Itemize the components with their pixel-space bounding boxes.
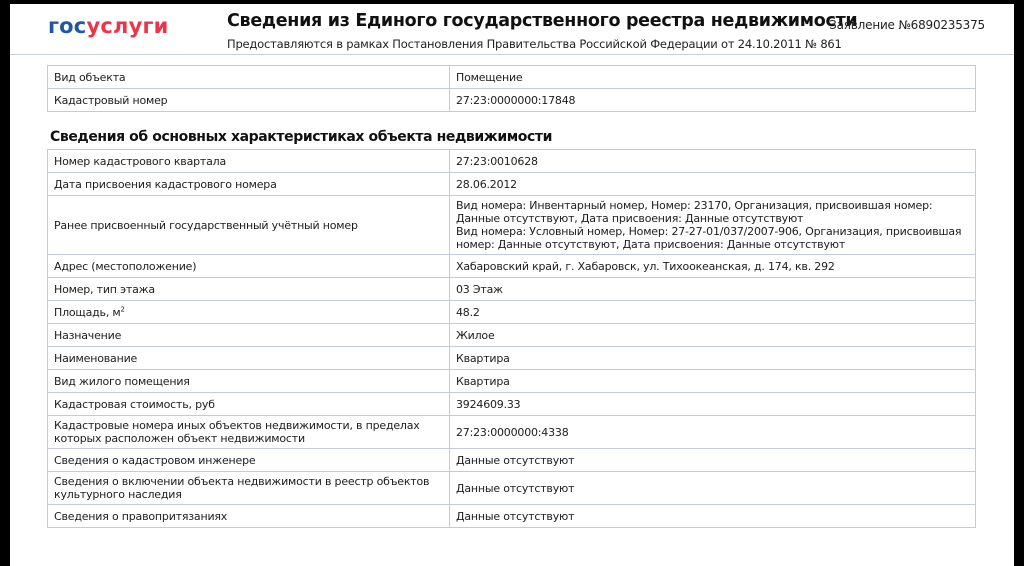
row-value: 03 Этаж (450, 278, 976, 301)
gosuslugi-logo: госуслуги (48, 14, 169, 38)
object-table: Вид объекта Помещение Кадастровый номер … (47, 65, 976, 112)
row-value: Данные отсутствуют (450, 449, 976, 472)
row-label: Кадастровая стоимость, руб (48, 393, 450, 416)
row-label: Кадастровые номера иных объектов недвижи… (48, 416, 450, 449)
row-label: Кадастровый номер (48, 89, 450, 112)
row-label: Назначение (48, 324, 450, 347)
row-label: Сведения о включении объекта недвижимост… (48, 472, 450, 505)
section-title: Сведения об основных характеристиках объ… (50, 129, 552, 145)
table-row: Номер кадастрового квартала 27:23:001062… (48, 150, 976, 173)
row-value: Данные отсутствуют (450, 472, 976, 505)
table-row: Ранее присвоенный государственный учётны… (48, 196, 976, 255)
table-row: Сведения о включении объекта недвижимост… (48, 472, 976, 505)
area-label-text: Площадь, м (54, 306, 121, 319)
row-value: Помещение (450, 66, 976, 89)
previous-number-line: Вид номера: Инвентарный номер, Номер: 23… (456, 199, 969, 225)
characteristics-table: Номер кадастрового квартала 27:23:001062… (47, 149, 976, 528)
row-value: Хабаровский край, г. Хабаровск, ул. Тихо… (450, 255, 976, 278)
row-label: Сведения о правопритязаниях (48, 505, 450, 528)
logo-part-uslugi: услуги (86, 14, 168, 38)
previous-number-line: Вид номера: Условный номер, Номер: 27-27… (456, 225, 969, 251)
row-value: 28.06.2012 (450, 173, 976, 196)
row-label: Наименование (48, 347, 450, 370)
row-value: Вид номера: Инвентарный номер, Номер: 23… (450, 196, 976, 255)
row-label: Номер кадастрового квартала (48, 150, 450, 173)
row-label: Адрес (местоположение) (48, 255, 450, 278)
table-row: Кадастровые номера иных объектов недвижи… (48, 416, 976, 449)
row-label: Номер, тип этажа (48, 278, 450, 301)
row-label: Площадь, м2 (48, 301, 450, 324)
document-header: госуслуги Сведения из Единого государств… (10, 4, 1014, 55)
table-row: Дата присвоения кадастрового номера 28.0… (48, 173, 976, 196)
row-value: 27:23:0000000:17848 (450, 89, 976, 112)
table-row: Наименование Квартира (48, 347, 976, 370)
logo-part-gos: гос (48, 14, 86, 38)
table-row: Кадастровый номер 27:23:0000000:17848 (48, 89, 976, 112)
table-row: Адрес (местоположение) Хабаровский край,… (48, 255, 976, 278)
table-row: Вид объекта Помещение (48, 66, 976, 89)
table-row: Номер, тип этажа 03 Этаж (48, 278, 976, 301)
document-subtitle: Предоставляются в рамках Постановления П… (227, 37, 842, 51)
table-row: Назначение Жилое (48, 324, 976, 347)
row-value: 48.2 (450, 301, 976, 324)
area-label-superscript: 2 (121, 305, 125, 313)
row-value: 27:23:0010628 (450, 150, 976, 173)
row-value: Квартира (450, 370, 976, 393)
table-row: Вид жилого помещения Квартира (48, 370, 976, 393)
table-row: Площадь, м2 48.2 (48, 301, 976, 324)
document-title: Сведения из Единого государственного рее… (227, 11, 857, 31)
table-row: Кадастровая стоимость, руб 3924609.33 (48, 393, 976, 416)
row-label: Вид жилого помещения (48, 370, 450, 393)
row-value: Жилое (450, 324, 976, 347)
document-page: госуслуги Сведения из Единого государств… (10, 4, 1014, 566)
table-row: Сведения о кадастровом инженере Данные о… (48, 449, 976, 472)
row-value: 27:23:0000000:4338 (450, 416, 976, 449)
row-value: Данные отсутствуют (450, 505, 976, 528)
row-label: Дата присвоения кадастрового номера (48, 173, 450, 196)
row-value: 3924609.33 (450, 393, 976, 416)
table-row: Сведения о правопритязаниях Данные отсут… (48, 505, 976, 528)
row-value: Квартира (450, 347, 976, 370)
application-number: Заявление №6890235375 (829, 18, 985, 32)
row-label: Вид объекта (48, 66, 450, 89)
row-label: Ранее присвоенный государственный учётны… (48, 196, 450, 255)
row-label: Сведения о кадастровом инженере (48, 449, 450, 472)
